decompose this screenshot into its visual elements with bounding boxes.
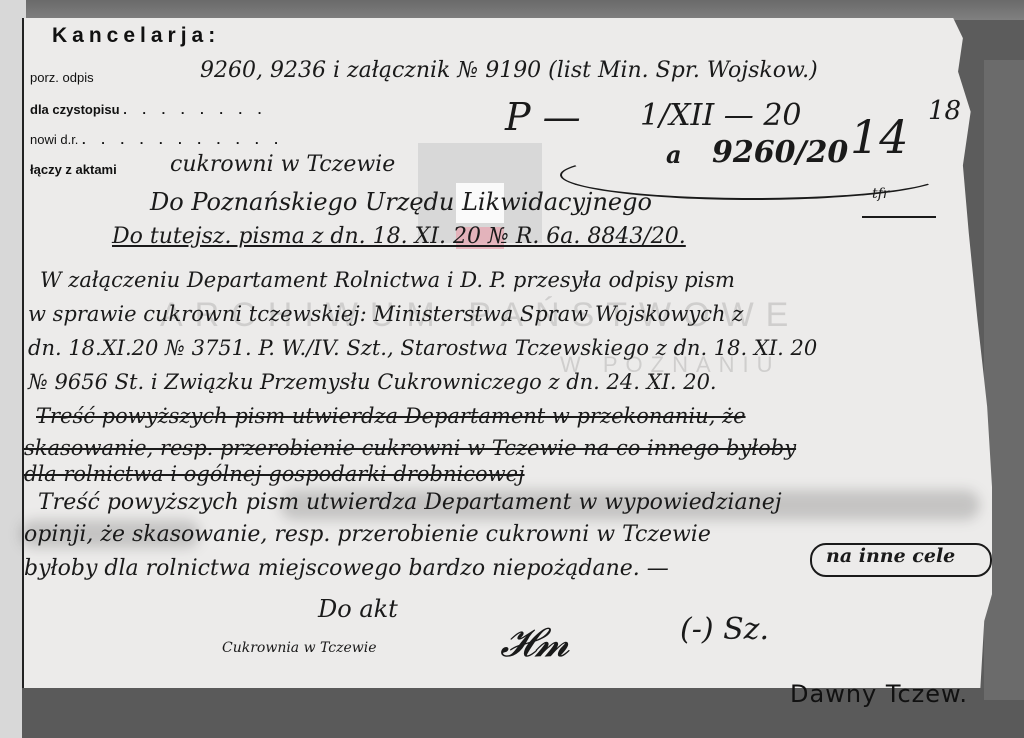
form-label-copy: porz. odpis (30, 70, 94, 85)
registry-date: 1/XII — 20 (640, 98, 802, 133)
final-line: byłoby dla rolnictwa miejscowego bardzo … (24, 556, 669, 581)
form-label-clean-copy-text: dla czystopisu (30, 102, 120, 117)
form-title: Kancelarja: (52, 24, 220, 48)
body-line: w sprawie cukrowni tczewskiej: Ministers… (28, 302, 743, 326)
form-label-new-text: nowi d.r. (30, 132, 78, 147)
registry-prefix: P — (505, 95, 581, 139)
struck-line: Treść powyższych pism utwierdza Departam… (36, 404, 746, 428)
struck-line: dla rolnictwa i ogólnej gospodarki drobn… (24, 462, 525, 486)
footer-note: Cukrownia w Tczewie (222, 640, 377, 656)
struck-line: skasowanie, resp. przerobienie cukrowni … (24, 436, 796, 460)
reference-line: Do tutejsz. pisma z dn. 18. XI. 20 № R. … (112, 224, 686, 249)
signature: (-) Sz. (680, 612, 769, 647)
form-dots: . . . . . . . . . . . (82, 132, 284, 147)
addressee: Do Poznańskiego Urzędu Likwidacyjnego (150, 188, 652, 216)
form-label-clean-copy: dla czystopisu . . . . . . . . (30, 102, 267, 117)
closing-note: Do akt (318, 595, 398, 623)
final-line: Treść powyższych pism utwierdza Departam… (38, 490, 782, 515)
attach-to-file: cukrowni w Tczewie (170, 152, 395, 177)
copy-reference: 9260, 9236 i załącznik № 9190 (list Min.… (200, 58, 818, 83)
form-dots: . . . . . . . . (123, 102, 267, 117)
body-line: dn. 18.XI.20 № 3751. P. W./IV. Szt., Sta… (28, 336, 817, 360)
registry-underline (862, 216, 936, 218)
background-right (984, 60, 1024, 700)
body-line: W załączeniu Departament Rolnictwa i D. … (40, 268, 735, 292)
brand-watermark: Dawny Tczew. (790, 680, 968, 708)
sheet-number: 18 (928, 96, 961, 126)
final-line: opinji, że skasowanie, resp. przerobieni… (24, 522, 711, 547)
background-top (0, 0, 1024, 20)
form-label-attach: łączy z aktami (30, 162, 117, 177)
body-line: № 9656 St. i Związku Przemysłu Cukrownic… (28, 370, 717, 394)
form-label-new: nowi d.r. . . . . . . . . . . . (30, 132, 284, 147)
margin-insert: na inne cele (826, 545, 955, 567)
signature-scrawl: 𝓗𝓶 (500, 620, 568, 666)
